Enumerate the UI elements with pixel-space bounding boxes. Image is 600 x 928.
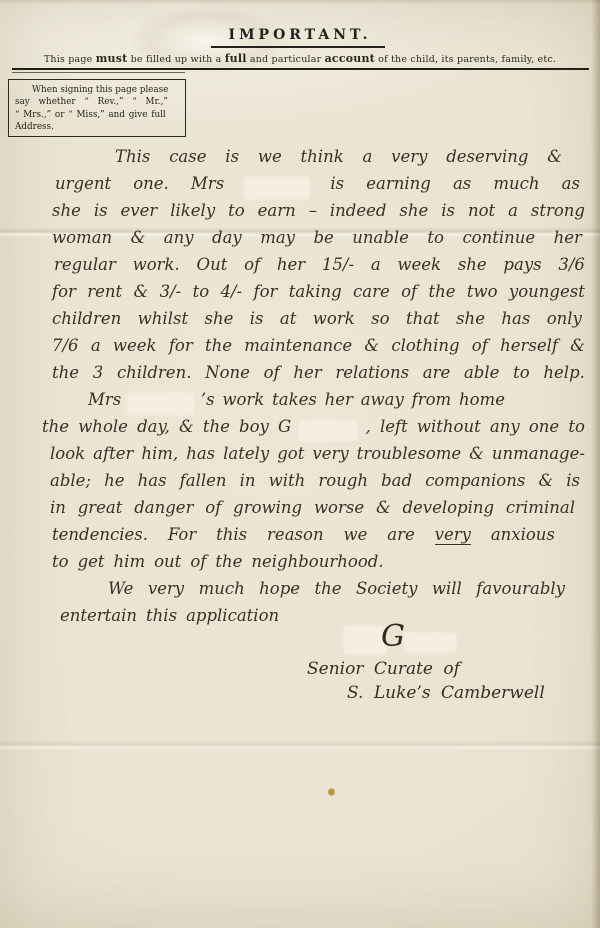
word: a bbox=[508, 201, 518, 220]
handwriting-line: able;hehasfalleninwithroughbadcompanions… bbox=[50, 471, 580, 498]
word: from bbox=[412, 390, 452, 409]
word: application bbox=[186, 606, 279, 625]
word: to bbox=[427, 228, 444, 247]
word: likely bbox=[170, 201, 215, 220]
word: earn bbox=[258, 201, 296, 220]
word: she bbox=[456, 309, 485, 328]
handwriting-line: thewholeday,&theboyG,leftwithoutanyoneto bbox=[42, 417, 585, 444]
word: she bbox=[52, 201, 81, 220]
instruction-bold-must: must bbox=[96, 52, 128, 65]
word: look bbox=[50, 444, 85, 463]
word: herself bbox=[500, 336, 558, 355]
word: day, bbox=[137, 417, 170, 436]
word: to bbox=[193, 282, 210, 301]
word: great bbox=[78, 498, 123, 517]
word: 4/- bbox=[220, 282, 242, 301]
word: the bbox=[42, 417, 69, 436]
word: be bbox=[313, 228, 333, 247]
title-underline bbox=[211, 46, 385, 48]
signing-instruction-box: When signing this page please say whethe… bbox=[8, 79, 186, 137]
handwriting-line: woman&anydaymaybeunabletocontinueher bbox=[52, 228, 582, 255]
scanned-document-page: IMPORTANT. This page must be filled up w… bbox=[0, 0, 600, 928]
word: a bbox=[363, 147, 373, 166]
word: so bbox=[371, 309, 389, 328]
word: & bbox=[547, 147, 562, 166]
word: to bbox=[228, 201, 245, 220]
word: the bbox=[215, 552, 242, 571]
word: got bbox=[277, 444, 304, 463]
word: & bbox=[179, 417, 194, 436]
word: in bbox=[240, 471, 256, 490]
word: Mrs bbox=[191, 174, 224, 193]
word: is bbox=[250, 309, 264, 328]
word: case bbox=[169, 147, 206, 166]
word: favourably bbox=[476, 579, 565, 598]
word: of bbox=[264, 363, 280, 382]
word: think bbox=[301, 147, 344, 166]
word: work bbox=[222, 390, 264, 409]
word: entertain bbox=[60, 606, 137, 625]
word: is bbox=[94, 201, 108, 220]
word: ever bbox=[121, 201, 158, 220]
header-rule bbox=[12, 68, 589, 70]
instruction-bold-full: full bbox=[225, 52, 247, 65]
word: & bbox=[538, 471, 553, 490]
sign-box-line: “ Mrs.,” or “ Miss,” and give full bbox=[15, 109, 179, 121]
word: a bbox=[91, 336, 101, 355]
handwriting-line: entertainthisapplication bbox=[60, 606, 600, 633]
word: has bbox=[501, 309, 530, 328]
instruction-text: This page bbox=[44, 54, 96, 65]
word: earning bbox=[366, 174, 431, 193]
word: away bbox=[361, 390, 404, 409]
word: unmanage- bbox=[492, 444, 585, 463]
word: & bbox=[131, 228, 146, 247]
word: hope bbox=[259, 579, 300, 598]
word: We bbox=[108, 579, 133, 598]
word: For bbox=[168, 525, 196, 544]
word: of bbox=[472, 336, 488, 355]
word: only bbox=[547, 309, 582, 328]
word: day bbox=[212, 228, 242, 247]
word: as bbox=[453, 174, 471, 193]
instruction-text: of the child, its parents, family, etc. bbox=[375, 54, 556, 65]
instruction-bold-account: account bbox=[325, 52, 375, 65]
word: out bbox=[154, 552, 181, 571]
sign-box-line: Address. bbox=[15, 121, 179, 133]
word: without bbox=[417, 417, 481, 436]
word: are bbox=[387, 525, 415, 544]
word: the bbox=[429, 282, 456, 301]
word: to bbox=[513, 363, 530, 382]
signature-role-line1: Senior Curate of bbox=[307, 659, 460, 679]
word: unable bbox=[352, 228, 409, 247]
word: she bbox=[204, 309, 233, 328]
word: after bbox=[93, 444, 133, 463]
word: children bbox=[52, 309, 121, 328]
word: of bbox=[244, 255, 260, 274]
word: the bbox=[314, 579, 341, 598]
word: bad bbox=[381, 471, 412, 490]
word: takes bbox=[272, 390, 317, 409]
word: week bbox=[113, 336, 157, 355]
paper-stain bbox=[328, 788, 335, 796]
word: week bbox=[397, 255, 441, 274]
word: rent bbox=[87, 282, 122, 301]
word: pays bbox=[503, 255, 541, 274]
signature-role-line2: S. Luke’s Camberwell bbox=[347, 683, 545, 703]
word: to bbox=[568, 417, 585, 436]
word: lately bbox=[223, 444, 269, 463]
redacted-mother-name bbox=[246, 178, 308, 198]
word: for bbox=[169, 336, 193, 355]
header-rule-secondary bbox=[12, 72, 185, 73]
word: is bbox=[225, 147, 239, 166]
word: one. bbox=[133, 174, 169, 193]
word: is bbox=[330, 174, 344, 193]
word: her bbox=[293, 363, 321, 382]
page-top-edge-shadow bbox=[0, 0, 600, 5]
word: troublesome bbox=[357, 444, 462, 463]
handwriting-line: Mrs’sworktakesherawayfromhome bbox=[88, 390, 505, 417]
word: very bbox=[148, 579, 184, 598]
handwriting-line: childrenwhilstsheisatworksothatshehasonl… bbox=[52, 309, 582, 336]
word: 7/6 bbox=[52, 336, 79, 355]
word: & bbox=[376, 498, 391, 517]
word: are bbox=[423, 363, 451, 382]
word: boy bbox=[239, 417, 269, 436]
handwriting-line: urgentone.Mrsisearningasmuchas bbox=[55, 174, 580, 201]
word: any bbox=[490, 417, 520, 436]
word: at bbox=[280, 309, 296, 328]
handwriting-line: WeverymuchhopetheSocietywillfavourably bbox=[108, 579, 565, 606]
word: work bbox=[313, 309, 355, 328]
word: get bbox=[78, 552, 105, 571]
word: whole bbox=[78, 417, 128, 436]
word: he bbox=[104, 471, 124, 490]
word: the bbox=[205, 336, 232, 355]
word: will bbox=[432, 579, 462, 598]
word: & bbox=[364, 336, 379, 355]
word: 3/- bbox=[160, 282, 182, 301]
word: work. bbox=[133, 255, 180, 274]
handwriting-line: the3children.Noneofherrelationsareableto… bbox=[52, 363, 585, 390]
word: whilst bbox=[138, 309, 188, 328]
word: able; bbox=[50, 471, 91, 490]
word: This bbox=[115, 147, 150, 166]
word: left bbox=[380, 417, 408, 436]
handwriting-line: regularwork.Outofher15/-aweekshepays3/6 bbox=[54, 255, 585, 282]
handwriting-line: lookafterhim,haslatelygotverytroublesome… bbox=[50, 444, 585, 471]
handwriting-line: 7/6aweekforthemaintenance&clothingofhers… bbox=[52, 336, 585, 363]
word: None bbox=[205, 363, 250, 382]
word: clothing bbox=[391, 336, 459, 355]
redacted-signature-surname bbox=[405, 634, 455, 651]
word: of bbox=[401, 282, 417, 301]
word: this bbox=[216, 525, 247, 544]
sign-box-line: say whether “ Rev.,” “ Mr.,” bbox=[15, 96, 179, 108]
word: a bbox=[371, 255, 381, 274]
word: for bbox=[52, 282, 76, 301]
handwritten-letter: Thiscaseiswethinkaverydeserving&urgenton… bbox=[0, 147, 600, 633]
word: for bbox=[253, 282, 277, 301]
word: much bbox=[199, 579, 245, 598]
word: continue bbox=[462, 228, 535, 247]
word: the bbox=[203, 417, 230, 436]
word: very bbox=[435, 525, 471, 545]
word: children. bbox=[117, 363, 192, 382]
word: criminal bbox=[506, 498, 575, 517]
handwriting-line: tendencies.Forthisreasonweareveryanxious bbox=[52, 525, 555, 552]
word: taking bbox=[289, 282, 342, 301]
word: care bbox=[353, 282, 390, 301]
word: him, bbox=[141, 444, 178, 463]
word: one bbox=[529, 417, 559, 436]
word: relations bbox=[335, 363, 409, 382]
word: as bbox=[562, 174, 580, 193]
instruction-text: and particular bbox=[247, 54, 325, 65]
word: may bbox=[260, 228, 295, 247]
handwriting-line: forrent&3/-to4/-fortakingcareofthetwoyou… bbox=[52, 282, 585, 309]
sign-box-line: When signing this page please bbox=[15, 84, 179, 96]
word: anxious bbox=[491, 525, 555, 544]
word: neighbourhood. bbox=[251, 552, 383, 571]
word: tendencies. bbox=[52, 525, 148, 544]
word: 3 bbox=[93, 363, 104, 382]
word: in bbox=[50, 498, 66, 517]
word: home bbox=[459, 390, 505, 409]
word: woman bbox=[52, 228, 112, 247]
word: danger bbox=[134, 498, 193, 517]
word: 15/- bbox=[322, 255, 354, 274]
word: she bbox=[458, 255, 487, 274]
word: growing bbox=[233, 498, 302, 517]
word: of bbox=[205, 498, 221, 517]
redacted-mother-name bbox=[129, 394, 193, 414]
word: fallen bbox=[180, 471, 227, 490]
word: urgent bbox=[55, 174, 111, 193]
redacted-signature-forename bbox=[345, 627, 385, 653]
word: she bbox=[399, 201, 428, 220]
word: has bbox=[138, 471, 167, 490]
word: – bbox=[309, 201, 317, 220]
word: very bbox=[312, 444, 348, 463]
word: reason bbox=[267, 525, 324, 544]
word: able bbox=[464, 363, 499, 382]
word: & bbox=[134, 282, 149, 301]
word: him bbox=[114, 552, 146, 571]
horizontal-fold-crease-lower bbox=[0, 740, 600, 750]
word: Society bbox=[356, 579, 417, 598]
word: companions bbox=[425, 471, 525, 490]
word: her bbox=[277, 255, 305, 274]
word: we bbox=[343, 525, 367, 544]
instruction-text: be filled up with a bbox=[127, 54, 224, 65]
word: any bbox=[164, 228, 194, 247]
word: this bbox=[146, 606, 177, 625]
word: G bbox=[278, 417, 291, 436]
word: very bbox=[391, 147, 427, 166]
word: with bbox=[269, 471, 306, 490]
word: youngest bbox=[509, 282, 585, 301]
word: the bbox=[52, 363, 79, 382]
word: Out bbox=[197, 255, 228, 274]
word: her bbox=[554, 228, 582, 247]
word: is bbox=[441, 201, 455, 220]
redacted-boy-name bbox=[300, 422, 356, 440]
printed-instruction: This page must be filled up with a full … bbox=[0, 52, 600, 65]
word: maintenance bbox=[244, 336, 352, 355]
word: , bbox=[366, 417, 371, 436]
word: that bbox=[406, 309, 440, 328]
word: her bbox=[325, 390, 353, 409]
word: rough bbox=[318, 471, 368, 490]
word: help. bbox=[543, 363, 584, 382]
word: 3/6 bbox=[558, 255, 585, 274]
word: of bbox=[190, 552, 206, 571]
word: worse bbox=[314, 498, 364, 517]
word: & bbox=[570, 336, 585, 355]
word: developing bbox=[402, 498, 494, 517]
word: much bbox=[493, 174, 539, 193]
signature-initial: G bbox=[381, 619, 405, 654]
word: has bbox=[186, 444, 215, 463]
word: is bbox=[566, 471, 580, 490]
word: deserving bbox=[446, 147, 528, 166]
word: indeed bbox=[330, 201, 387, 220]
word: to bbox=[52, 552, 69, 571]
handwriting-line: ingreatdangerofgrowingworse&developingcr… bbox=[50, 498, 575, 525]
word: not bbox=[468, 201, 495, 220]
word: ’s bbox=[201, 390, 215, 409]
word: & bbox=[469, 444, 484, 463]
word: strong bbox=[531, 201, 585, 220]
printed-title: IMPORTANT. bbox=[0, 27, 600, 43]
word: two bbox=[467, 282, 498, 301]
word: Mrs bbox=[88, 390, 121, 409]
handwriting-line: sheiseverlikelytoearn–indeedsheisnotastr… bbox=[52, 201, 585, 228]
word: regular bbox=[54, 255, 116, 274]
handwriting-line: togethimoutoftheneighbourhood. bbox=[52, 552, 600, 579]
word: we bbox=[258, 147, 282, 166]
handwriting-line: Thiscaseiswethinkaverydeserving& bbox=[115, 147, 562, 174]
